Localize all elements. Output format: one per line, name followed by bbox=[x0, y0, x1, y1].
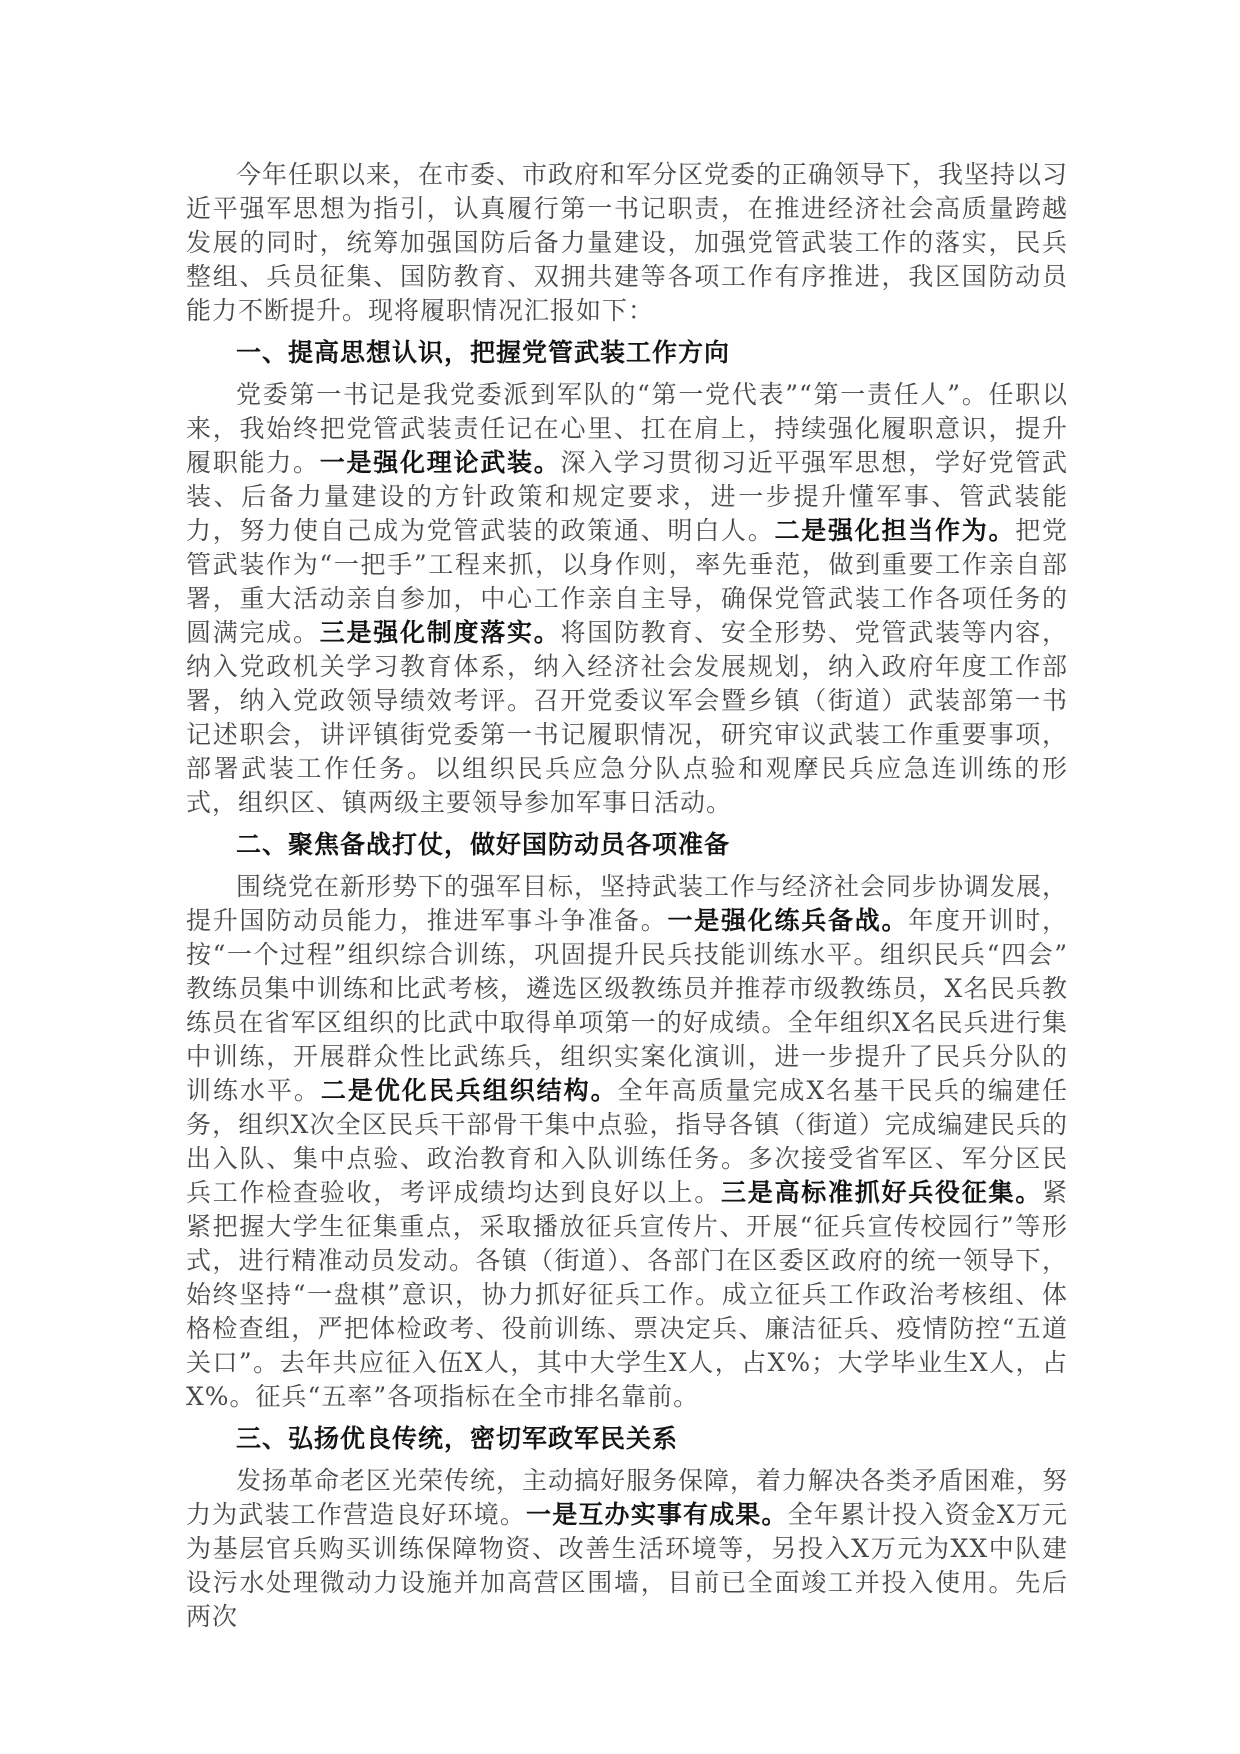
emphasis-run: 二是优化民兵组织结构。 bbox=[321, 1076, 618, 1105]
emphasis-run: 一是强化练兵备战。 bbox=[667, 906, 908, 935]
emphasis-run: 三是高标准抓好兵役征集。 bbox=[721, 1178, 1042, 1207]
emphasis-run: 三是强化制度落实。 bbox=[320, 618, 561, 647]
document-page: 今年任职以来，在市委、市政府和军分区党委的正确领导下，我坚持以习近平强军思想为指… bbox=[0, 0, 1240, 1754]
text-run: 今年任职以来，在市委、市政府和军分区党委的正确领导下，我坚持以习近平强军思想为指… bbox=[186, 160, 1068, 325]
document-content: 今年任职以来，在市委、市政府和军分区党委的正确领导下，我坚持以习近平强军思想为指… bbox=[186, 158, 1068, 1634]
section-heading-6: 三、弘扬优良传统，密切军政军民关系 bbox=[186, 1422, 1068, 1456]
body-paragraph-7: 发扬革命老区光荣传统，主动搞好服务保障，着力解决各类矛盾困难，努力为武装工作营造… bbox=[186, 1464, 1068, 1634]
emphasis-run: 一是强化理论武装。 bbox=[320, 448, 561, 477]
heading-text: 三、弘扬优良传统，密切军政军民关系 bbox=[236, 1424, 678, 1453]
text-run: 紧紧把握大学生征集重点，采取播放征兵宣传片、开展“征兵宣传校园行”等形式，进行精… bbox=[186, 1178, 1068, 1411]
text-run: 将国防教育、安全形势、党管武装等内容，纳入党政机关学习教育体系，纳入经济社会发展… bbox=[186, 618, 1068, 817]
heading-text: 二、聚焦备战打仗，做好国防动员各项准备 bbox=[236, 830, 730, 859]
body-paragraph-5: 围绕党在新形势下的强军目标，坚持武装工作与经济社会同步协调发展，提升国防动员能力… bbox=[186, 870, 1068, 1414]
emphasis-run: 一是互办实事有成果。 bbox=[526, 1500, 788, 1529]
body-paragraph-1: 今年任职以来，在市委、市政府和军分区党委的正确领导下，我坚持以习近平强军思想为指… bbox=[186, 158, 1068, 328]
body-paragraph-3: 党委第一书记是我党委派到军队的“第一党代表”“第一责任人”。任职以来，我始终把党… bbox=[186, 378, 1068, 820]
emphasis-run: 二是强化担当作为。 bbox=[774, 516, 1015, 545]
heading-text: 一、提高思想认识，把握党管武装工作方向 bbox=[236, 338, 730, 367]
section-heading-2: 一、提高思想认识，把握党管武装工作方向 bbox=[186, 336, 1068, 370]
section-heading-4: 二、聚焦备战打仗，做好国防动员各项准备 bbox=[186, 828, 1068, 862]
